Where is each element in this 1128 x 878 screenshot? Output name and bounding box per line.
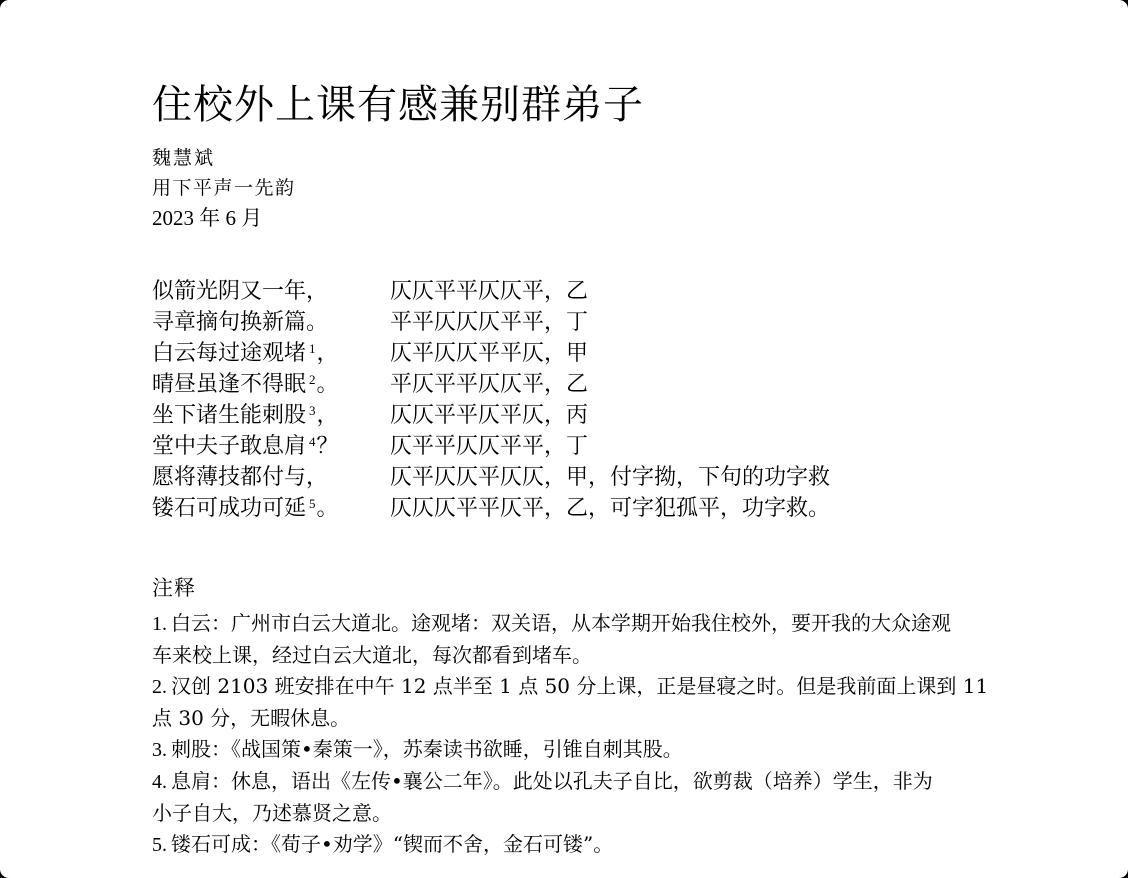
poem-row: 坐下诸生能刺股3， 仄仄平平仄平仄，丙 xyxy=(152,399,1018,430)
note-line: 1.白云：广州市白云大道北。途观堵：双关语，从本学期开始我住校外，要开我的大众途… xyxy=(152,608,1018,640)
poem-tonal-pattern: 仄仄平平仄仄平，乙 xyxy=(390,275,588,306)
poem-verse: 镂石可成功可延5。 xyxy=(152,492,390,523)
poem-row: 似箭光阴又一年， 仄仄平平仄仄平，乙 xyxy=(152,275,1018,306)
note-number: 2. xyxy=(152,676,167,698)
poem-tonal-pattern: 平平仄仄仄平平，丁 xyxy=(390,306,588,337)
poem-row: 白云每过途观堵1， 仄平仄仄平平仄，甲 xyxy=(152,337,1018,368)
poem-title: 住校外上课有感兼别群弟子 xyxy=(152,84,1018,126)
note-number: 5. xyxy=(152,834,167,856)
note-line: 3.刺股：《战国策•秦策一》，苏秦读书欲睡，引锥自刺其股。 xyxy=(152,734,1018,766)
note-line: 小子自大，乃述慕贤之意。 xyxy=(152,798,1018,829)
note-line: 车来校上课，经过白云大道北，每次都看到堵车。 xyxy=(152,640,1018,671)
footnote-ref: 1 xyxy=(309,341,316,356)
poem-row: 晴昼虽逢不得眠2。 平仄平平仄仄平，乙 xyxy=(152,368,1018,399)
poem-row: 愿将薄技都付与， 仄平仄仄平仄仄，甲，付字拗，下句的功字救 xyxy=(152,461,1018,492)
footnote-ref: 4 xyxy=(309,434,316,449)
poem-tonal-pattern: 仄仄仄平平仄平，乙，可字犯孤平，功字救。 xyxy=(390,492,830,523)
poem-row: 镂石可成功可延5。 仄仄仄平平仄平，乙，可字犯孤平，功字救。 xyxy=(152,492,1018,523)
footnote-ref: 5 xyxy=(309,496,316,511)
note-line: 4.息肩：休息，语出《左传•襄公二年》。此处以孔夫子自比，欲剪裁（培养）学生，非… xyxy=(152,766,1018,798)
note-line: 2.汉创 2103 班安排在中午 12 点半至 1 点 50 分上课，正是昼寝之… xyxy=(152,671,1018,703)
poem-verse: 白云每过途观堵1， xyxy=(152,337,390,368)
poem-verse: 愿将薄技都付与， xyxy=(152,461,390,492)
note-number: 4. xyxy=(152,771,167,793)
note-number: 3. xyxy=(152,739,167,761)
note-line: 点 30 分，无暇休息。 xyxy=(152,703,1018,734)
notes-heading: 注释 xyxy=(152,575,1018,601)
date-line: 2023 年 6 月 xyxy=(152,203,1018,234)
poem-verse: 晴昼虽逢不得眠2。 xyxy=(152,368,390,399)
poem-tonal-pattern: 仄平仄仄平平仄，甲 xyxy=(390,337,588,368)
note-line: 5.镂石可成：《荀子•劝学》“锲而不舍，金石可镂”。 xyxy=(152,829,1018,861)
poem-tonal-pattern: 仄仄平平仄平仄，丙 xyxy=(390,399,588,430)
poem-tonal-pattern: 平仄平平仄仄平，乙 xyxy=(390,368,588,399)
poem-verse: 似箭光阴又一年， xyxy=(152,275,390,306)
document-page: 住校外上课有感兼别群弟子 魏慧斌 用下平声一先韵 2023 年 6 月 似箭光阴… xyxy=(0,0,1128,878)
byline-block: 魏慧斌 用下平声一先韵 2023 年 6 月 xyxy=(152,143,1018,234)
rhyme-scheme-note: 用下平声一先韵 xyxy=(152,173,1018,203)
poem: 似箭光阴又一年， 仄仄平平仄仄平，乙 寻章摘句换新篇。 平平仄仄仄平平，丁 白云… xyxy=(152,275,1018,523)
poem-tonal-pattern: 仄平平仄仄平平，丁 xyxy=(390,430,588,461)
note-number: 1. xyxy=(152,613,167,635)
poem-row: 寻章摘句换新篇。 平平仄仄仄平平，丁 xyxy=(152,306,1018,337)
poem-row: 堂中夫子敢息肩4？ 仄平平仄仄平平，丁 xyxy=(152,430,1018,461)
footnote-ref: 2 xyxy=(309,372,316,387)
poem-verse: 坐下诸生能刺股3， xyxy=(152,399,390,430)
poem-verse: 寻章摘句换新篇。 xyxy=(152,306,390,337)
notes-section: 1.白云：广州市白云大道北。途观堵：双关语，从本学期开始我住校外，要开我的大众途… xyxy=(152,608,1018,861)
author-name: 魏慧斌 xyxy=(152,143,1018,173)
poem-verse: 堂中夫子敢息肩4？ xyxy=(152,430,390,461)
poem-tonal-pattern: 仄平仄仄平仄仄，甲，付字拗，下句的功字救 xyxy=(390,461,830,492)
footnote-ref: 3 xyxy=(309,403,316,418)
